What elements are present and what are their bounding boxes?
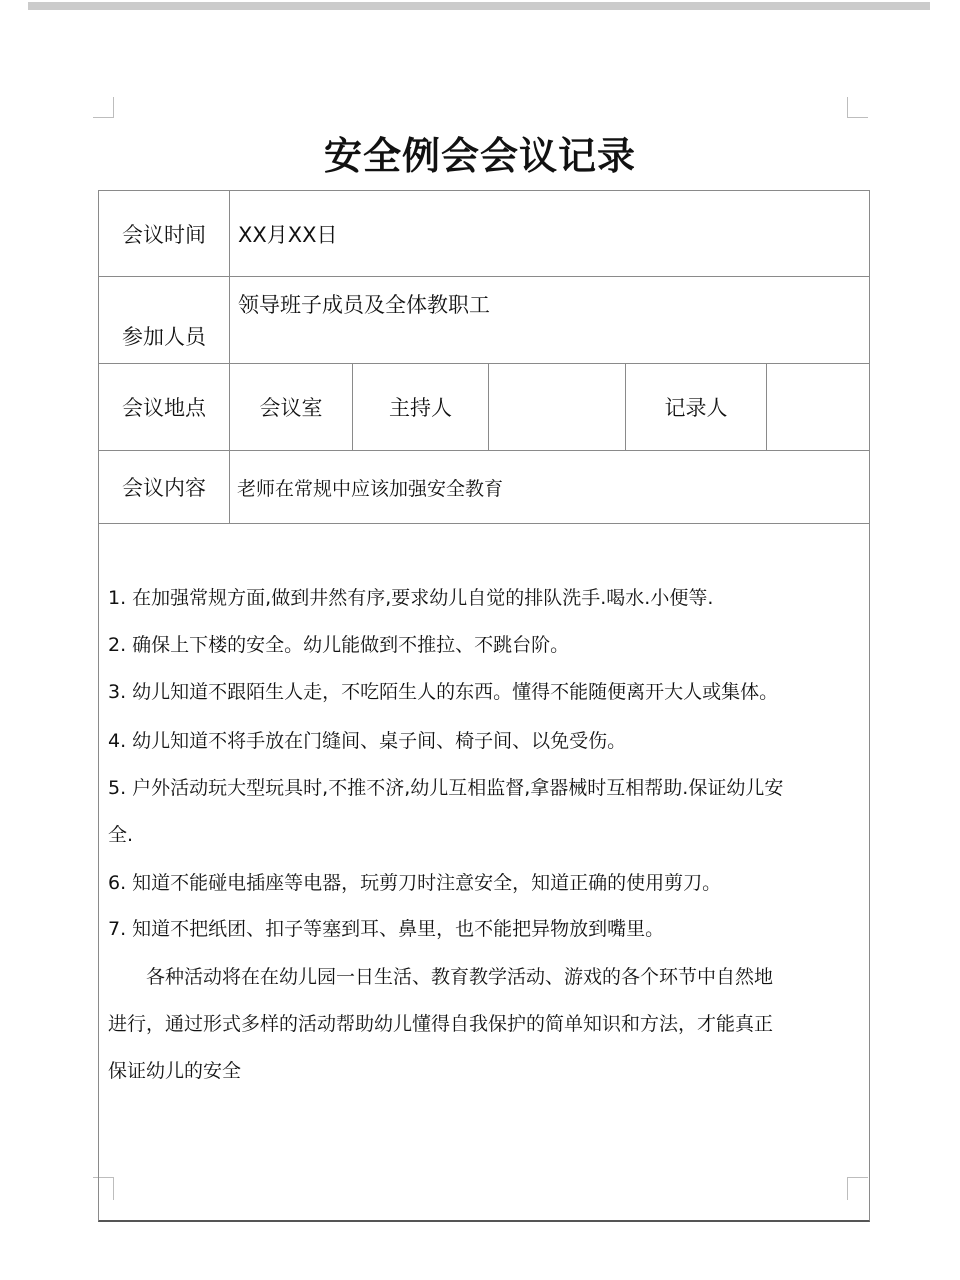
- note-item-5-cont: 全.: [108, 823, 863, 847]
- note-item-5: 5. 户外活动玩大型玩具时,不推不济,幼儿互相监督,拿器械时互相帮助.保证幼儿安: [108, 776, 863, 800]
- value-location[interactable]: 会议室: [230, 364, 353, 450]
- note-item-2: 2. 确保上下楼的安全。幼儿能做到不推拉、不跳台阶。: [108, 633, 863, 657]
- summary-line-1: 各种活动将在在幼儿园一日生活、教育教学活动、游戏的各个环节中自然地: [108, 965, 863, 989]
- row-attendees: 参加人员 领导班子成员及全体教职工: [99, 277, 869, 364]
- meeting-record-table: 会议时间 XX月XX日 参加人员 领导班子成员及全体教职工 会议地点 会议室 主…: [98, 190, 870, 1222]
- summary-line-2: 进行，通过形式多样的活动帮助幼儿懂得自我保护的简单知识和方法，才能真正: [108, 1012, 863, 1036]
- label-content: 会议内容: [99, 451, 230, 523]
- note-item-3: 3. 幼儿知道不跟陌生人走，不吃陌生人的东西。懂得不能随便离开大人或集体。: [108, 680, 863, 704]
- scroll-indicator-bar: [28, 2, 930, 10]
- value-host[interactable]: [489, 364, 626, 450]
- label-attendees: 参加人员: [99, 277, 230, 363]
- value-meeting-time[interactable]: XX月XX日: [230, 191, 869, 276]
- label-recorder: 记录人: [626, 364, 767, 450]
- label-location: 会议地点: [99, 364, 230, 450]
- summary-line-3: 保证幼儿的安全: [108, 1059, 863, 1083]
- row-location: 会议地点 会议室 主持人 记录人: [99, 364, 869, 451]
- crop-mark-top-right: [847, 97, 868, 118]
- meeting-notes-body[interactable]: 1. 在加强常规方面,做到井然有序,要求幼儿自觉的排队洗手.喝水.小便等. 2.…: [99, 524, 869, 1220]
- note-item-7: 7. 知道不把纸团、扣子等塞到耳、鼻里，也不能把异物放到嘴里。: [108, 917, 863, 941]
- label-host: 主持人: [353, 364, 489, 450]
- value-content[interactable]: 老师在常规中应该加强安全教育: [230, 451, 869, 523]
- note-item-4: 4. 幼儿知道不将手放在门缝间、桌子间、椅子间、以免受伤。: [108, 729, 863, 753]
- row-meeting-time: 会议时间 XX月XX日: [99, 191, 869, 277]
- note-item-1: 1. 在加强常规方面,做到井然有序,要求幼儿自觉的排队洗手.喝水.小便等.: [108, 586, 863, 610]
- row-content: 会议内容 老师在常规中应该加强安全教育: [99, 451, 869, 524]
- document-title: 安全例会会议记录: [0, 128, 960, 184]
- value-recorder[interactable]: [767, 364, 869, 450]
- label-meeting-time: 会议时间: [99, 191, 230, 276]
- value-attendees[interactable]: 领导班子成员及全体教职工: [230, 277, 869, 363]
- note-item-6: 6. 知道不能碰电插座等电器，玩剪刀时注意安全，知道正确的使用剪刀。: [108, 871, 863, 895]
- crop-mark-top-left: [93, 97, 114, 118]
